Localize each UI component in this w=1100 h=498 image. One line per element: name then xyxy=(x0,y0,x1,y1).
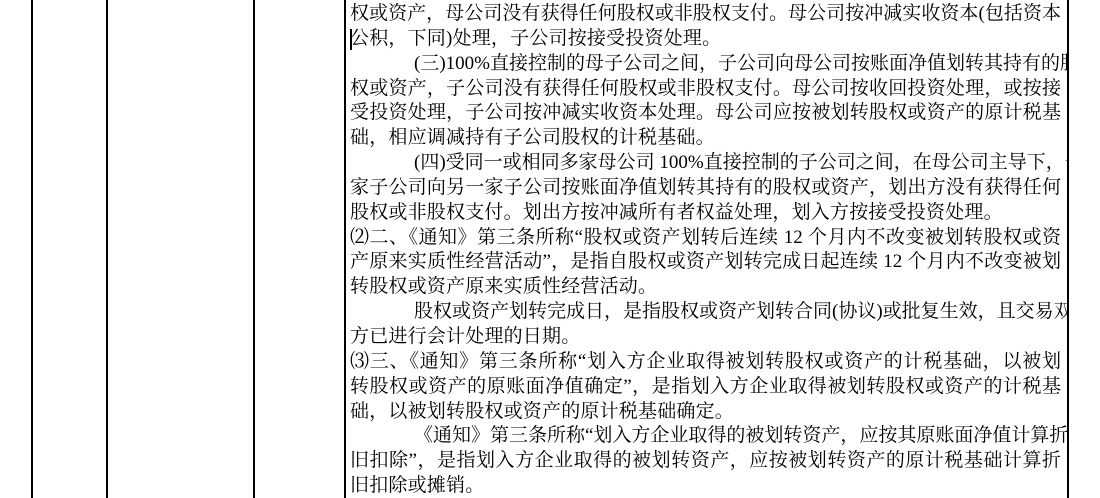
table-cell-text[interactable]: 权或资产，母公司没有获得任何股权或非股权支付。母公司按冲减实收资本(包括资本公积… xyxy=(344,0,1069,498)
text-line: 方已进行会计处理的日期。 xyxy=(350,325,1061,350)
table-cell-empty-1[interactable] xyxy=(31,0,106,498)
text-line: 转股权或资产原来实质性经营活动。 xyxy=(350,275,1061,300)
text-line: 权或资产，母公司没有获得任何股权或非股权支付。母公司按冲减实收资本(包括资本 xyxy=(350,2,1061,27)
text-line: 旧扣除或摊销。 xyxy=(350,474,1061,498)
text-line: 受投资处理，子公司按冲减实收资本处理。母公司应按被划转股权或资产的原计税基 xyxy=(350,101,1061,126)
text-line: 股权或非股权支付。划出方按冲减所有者权益处理，划入方按接受投资处理。 xyxy=(350,201,1061,226)
table-cell-empty-3[interactable] xyxy=(253,0,344,498)
text-line: 产原来实质性经营活动”，是指自股权或资产划转完成日起连续 12 个月内不改变被划 xyxy=(350,250,1061,275)
text-line: 旧扣除”，是指划入方企业取得的被划转资产，应按被划转资产的原计税基础计算折 xyxy=(350,449,1061,474)
table-row: 权或资产，母公司没有获得任何股权或非股权支付。母公司按冲减实收资本(包括资本公积… xyxy=(0,0,1100,498)
text-cursor xyxy=(350,29,352,50)
text-line: 权或资产，子公司没有获得任何股权或非股权支付。母公司按收回投资处理，或按接 xyxy=(350,77,1061,102)
text-line: 公积，下同)处理，子公司按接受投资处理。 xyxy=(350,27,1061,52)
text-line: 础，相应调减持有子公司股权的计税基础。 xyxy=(350,126,1061,151)
text-line: ⑵二、《通知》第三条所称“股权或资产划转后连续 12 个月内不改变被划转股权或资 xyxy=(350,226,1061,251)
table-cell-empty-2[interactable] xyxy=(106,0,253,498)
text-cell-content: 权或资产，母公司没有获得任何股权或非股权支付。母公司按冲减实收资本(包括资本公积… xyxy=(350,2,1061,498)
document-page: 权或资产，母公司没有获得任何股权或非股权支付。母公司按冲减实收资本(包括资本公积… xyxy=(0,0,1100,498)
text-line: (四)受同一或相同多家母公司 100%直接控制的子公司之间，在母公司主导下，一 xyxy=(414,151,1061,176)
text-line: (三)100%直接控制的母子公司之间，子公司向母公司按账面净值划转其持有的股 xyxy=(414,52,1061,77)
text-line: 础，以被划转股权或资产的原计税基础确定。 xyxy=(350,400,1061,425)
text-line: 家子公司向另一家子公司按账面净值划转其持有的股权或资产，划出方没有获得任何 xyxy=(350,176,1061,201)
text-line: ⑶三、《通知》第三条所称“划入方企业取得被划转股权或资产的计税基础，以被划 xyxy=(350,350,1061,375)
text-line: 《通知》第三条所称“划入方企业取得的被划转资产，应按其原账面净值计算折 xyxy=(414,424,1061,449)
text-line: 股权或资产划转完成日，是指股权或资产划转合同(协议)或批复生效，且交易双 xyxy=(414,300,1061,325)
text-line: 转股权或资产的原账面净值确定”，是指划入方企业取得被划转股权或资产的计税基 xyxy=(350,375,1061,400)
table-cell-left-fragment xyxy=(0,0,31,498)
page-right-margin xyxy=(1069,0,1100,498)
